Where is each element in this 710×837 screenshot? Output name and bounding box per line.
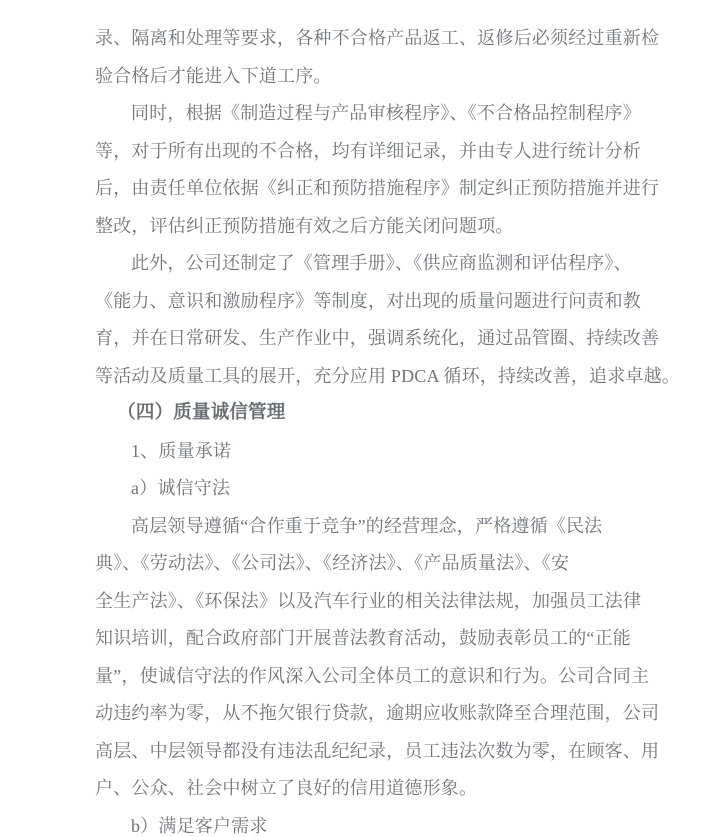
document-text-block: 录、隔离和处理等要求，各种不合格产品返工、返修后必须经过重新检 验合格后才能进入… [95,20,655,837]
list-item-b-customer-needs: b）满足客户需求 [95,808,655,837]
body-text-line: 整改，评估纠正预防措施有效之后方能关闭问题项。 [95,208,655,246]
list-item-a-honesty-law: a）诚信守法 [95,470,655,508]
body-text-line: 户、公众、社会中树立了良好的信用道德形象。 [95,770,655,808]
body-text-line: 《能力、意识和激励程序》等制度，对出现的质量问题进行问责和教 [95,283,655,321]
paragraph-start-line: 高层领导遵循“合作重于竞争”的经营理念，严格遵循《民法 [95,508,655,546]
body-text-line: 动违约率为零，从不拖欠银行贷款，逾期应收账款降至合理范围，公司 [95,695,655,733]
body-text-line: 全生产法》、《环保法》以及汽车行业的相关法律法规，加强员工法律 [95,583,655,621]
document-page: 录、隔离和处理等要求，各种不合格产品返工、返修后必须经过重新检 验合格后才能进入… [0,0,710,837]
body-text-line: 量”，使诚信守法的作风深入公司全体员工的意识和行为。公司合同主 [95,658,655,696]
paragraph-start-line: 此外，公司还制定了《管理手册》、《供应商监测和评估程序》、 [95,245,655,283]
body-text-line: 后，由责任单位依据《纠正和预防措施程序》制定纠正预防措施并进行 [95,170,655,208]
body-text-line: 高层、中层领导都没有违法乱纪纪录，员工违法次数为零，在顾客、用 [95,733,655,771]
body-text-line: 等，对于所有出现的不合格，均有详细记录，并由专人进行统计分析 [95,133,655,171]
subsection-title-quality-commitment: 1、质量承诺 [95,433,655,471]
body-text-line: 等活动及质量工具的展开，充分应用 PDCA 循环，持续改善，追求卓越。 [95,358,655,396]
paragraph-start-line: 同时，根据《制造过程与产品审核程序》、《不合格品控制程序》 [95,95,655,133]
body-text-line: 育，并在日常研发、生产作业中，强调系统化，通过品管圈、持续改善 [95,320,655,358]
section-heading-quality-integrity: （四）质量诚信管理 [95,395,655,433]
body-text-line: 验合格后才能进入下道工序。 [95,58,655,96]
body-text-line: 知识培训，配合政府部门开展普法教育活动，鼓励表彰员工的“正能 [95,620,655,658]
paragraph-continuation-line: 录、隔离和处理等要求，各种不合格产品返工、返修后必须经过重新检 [95,20,655,58]
body-text-line: 典》、《劳动法》、《公司法》、《经济法》、《产品质量法》、《安 [95,545,655,583]
